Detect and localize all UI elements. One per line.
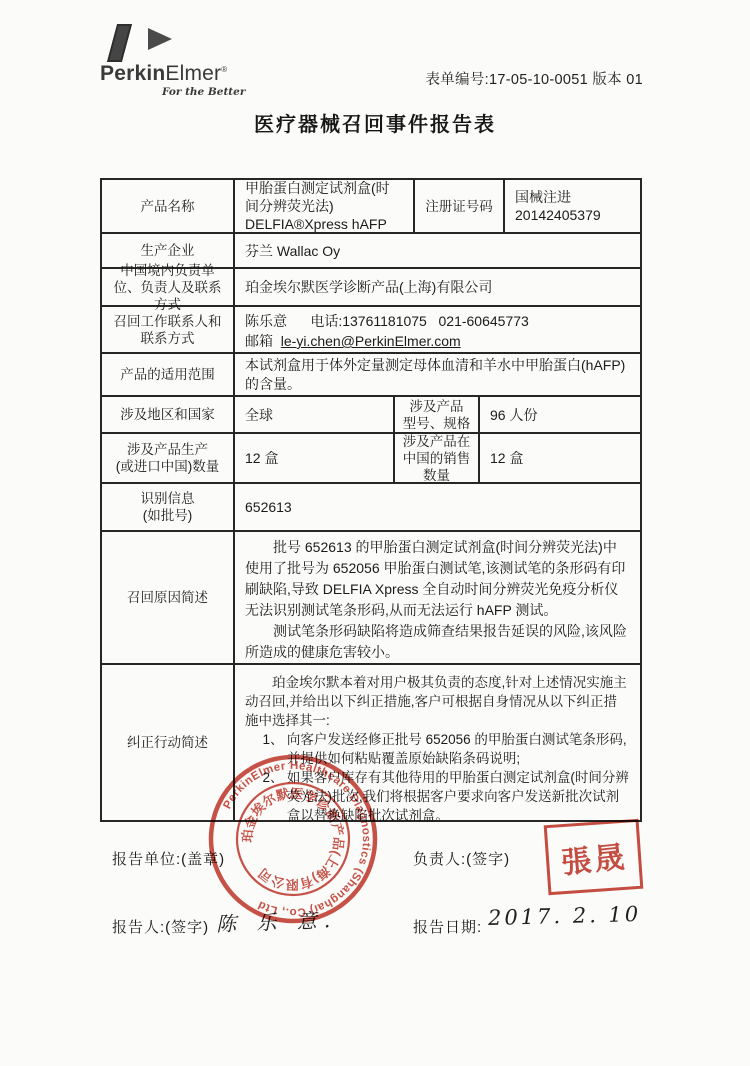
models-value: 96 人份 xyxy=(480,397,640,432)
table-row-product-name: 产品名称 甲胎蛋白测定试剂盒(时间分辨荧光法) DELFIA®Xpress hA… xyxy=(102,180,640,234)
production-qty-value: 12 盒 xyxy=(235,434,395,482)
contact-name-phone: 陈乐意 电话:13761181075 021-60645773 xyxy=(245,311,630,331)
contact-email-line: 邮箱 le-yi.chen@PerkinElmer.com xyxy=(245,331,630,351)
logo-bar-icon xyxy=(107,24,132,62)
registration-number-label: 注册证号码 xyxy=(415,180,505,232)
table-row-recall-contact: 召回工作联系人和联系方式 陈乐意 电话:13761181075 021-6064… xyxy=(102,307,640,354)
page-title: 医疗器械召回事件报告表 xyxy=(0,108,750,137)
recall-contact-value: 陈乐意 电话:13761181075 021-60645773 邮箱 le-yi… xyxy=(235,307,640,352)
form-number: 表单编号:17-05-10-0051 版本 01 xyxy=(425,68,643,89)
signature-seal-text: 張晟 xyxy=(558,832,628,883)
logo-wordmark-perkin: Perkin xyxy=(100,62,165,85)
recall-reason-paragraph-1: 批号 652613 的甲胎蛋白测定试剂盒(时间分辨荧光法)中使用了批号为 652… xyxy=(245,537,630,621)
signature-seal-stamp: 張晟 xyxy=(544,819,644,895)
company-seal-stamp: PerkinElmer Healthcare Diagnostics (Shan… xyxy=(195,741,392,938)
perkinelmer-logo: PerkinElmer® For the Better xyxy=(100,22,250,92)
recall-reason-label: 召回原因简述 xyxy=(102,532,235,663)
identification-label: 识别信息 (如批号) xyxy=(102,484,235,530)
identification-value: 652613 xyxy=(235,484,640,530)
seal-outer-ring xyxy=(200,746,385,931)
regions-value: 全球 xyxy=(235,397,395,432)
intended-use-value: 本试剂盒用于体外定量测定母体血清和羊水中甲胎蛋白(hAFP)的含量。 xyxy=(235,354,640,395)
china-agent-value: 珀金埃尔默医学诊断产品(上海)有限公司 xyxy=(235,269,640,305)
recall-report-document: PerkinElmer® For the Better 表单编号:17-05-1… xyxy=(0,0,750,1066)
table-row-identification: 识别信息 (如批号) 652613 xyxy=(102,484,640,532)
report-date-value: 2017. 2. 10 xyxy=(488,902,642,930)
table-row-china-agent: 中国境内负责单位、负责人及联系方式 珀金埃尔默医学诊断产品(上海)有限公司 xyxy=(102,269,640,307)
table-row-intended-use: 产品的适用范围 本试剂盒用于体外定量测定母体血清和羊水中甲胎蛋白(hAFP)的含… xyxy=(102,354,640,397)
email-label: 邮箱 xyxy=(245,333,281,349)
table-row-regions: 涉及地区和国家 全球 涉及产品 型号、规格 96 人份 xyxy=(102,397,640,434)
recall-reason-value: 批号 652613 的甲胎蛋白测定试剂盒(时间分辨荧光法)中使用了批号为 652… xyxy=(235,532,640,663)
recall-contact-label: 召回工作联系人和联系方式 xyxy=(102,307,235,352)
logo-flag-icon xyxy=(148,28,172,50)
models-label: 涉及产品 型号、规格 xyxy=(395,397,480,432)
intended-use-label: 产品的适用范围 xyxy=(102,354,235,395)
regions-label: 涉及地区和国家 xyxy=(102,397,235,432)
logo-wordmark-elmer: Elmer xyxy=(165,62,221,85)
logo-trademark: ® xyxy=(221,65,227,74)
recall-reason-paragraph-2: 测试笔条形码缺陷将造成筛查结果报告延误的风险,该风险所造成的健康危害较小。 xyxy=(245,621,630,663)
china-sales-qty-value: 12 盒 xyxy=(480,434,640,482)
product-name-value: 甲胎蛋白测定试剂盒(时间分辨荧光法) DELFIA®Xpress hAFP xyxy=(235,180,415,232)
logo-wordmark: PerkinElmer® xyxy=(100,62,227,86)
table-row-recall-reason: 召回原因简述 批号 652613 的甲胎蛋白测定试剂盒(时间分辨荧光法)中使用了… xyxy=(102,532,640,665)
production-qty-label: 涉及产品生产 (或进口中国)数量 xyxy=(102,434,235,482)
responsible-person-label: 负责人:(签字) xyxy=(413,848,510,869)
svg-text:珀金埃尔默医学诊断产品(上海)有限公司: 珀金埃尔默医学诊断产品(上海)有限公司 xyxy=(233,779,353,900)
product-name-label: 产品名称 xyxy=(102,180,235,232)
china-agent-label: 中国境内负责单位、负责人及联系方式 xyxy=(102,269,235,305)
table-row-quantity: 涉及产品生产 (或进口中国)数量 12 盒 涉及产品在 中国的销售 数量 12 … xyxy=(102,434,640,484)
china-sales-qty-label: 涉及产品在 中国的销售 数量 xyxy=(395,434,480,482)
seal-chinese-text: 珀金埃尔默医学诊断产品(上海)有限公司 xyxy=(233,779,353,900)
registration-number-value: 国械注进 20142405379 xyxy=(505,180,640,232)
corrective-action-intro: 珀金埃尔默本着对用户极其负责的态度,针对上述情况实施主动召回,并给出以下纠正措施… xyxy=(245,673,630,730)
manufacturer-value: 芬兰 Wallac Oy xyxy=(235,234,640,267)
reporter-label: 报告人:(签字) xyxy=(112,916,209,937)
recall-report-table: 产品名称 甲胎蛋白测定试剂盒(时间分辨荧光法) DELFIA®Xpress hA… xyxy=(100,178,642,822)
report-date-label: 报告日期: xyxy=(413,916,482,937)
logo-tagline: For the Better xyxy=(162,86,245,98)
email-value: le-yi.chen@PerkinElmer.com xyxy=(281,333,461,349)
